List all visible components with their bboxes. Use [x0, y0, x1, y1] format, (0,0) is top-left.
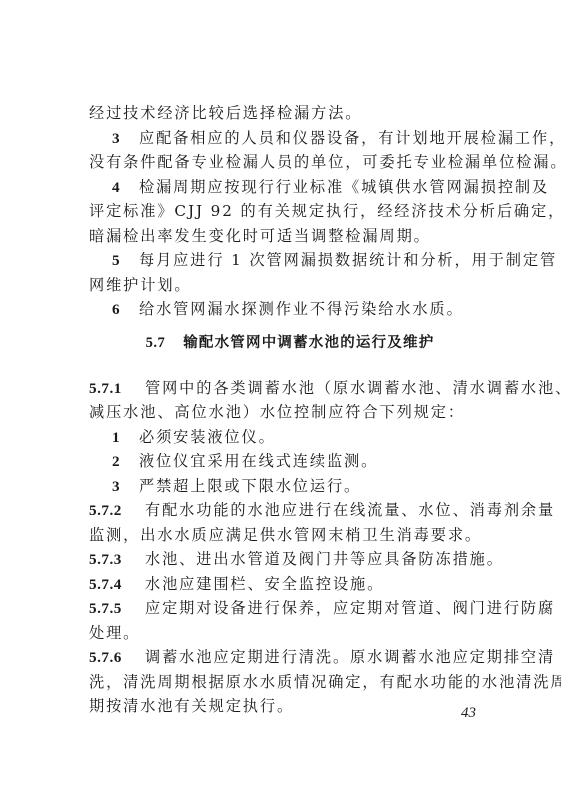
- clause-5-7-4: 5.7.4水池应建围栏、安全监控设施。: [89, 572, 491, 597]
- line-text: 严禁超上限或下限水位运行。: [139, 477, 361, 495]
- line-text: 期按清水池有关规定执行。: [89, 697, 294, 715]
- clause-number: 5.7.1: [89, 377, 145, 402]
- line-text: 水池应建围栏、安全监控设施。: [145, 575, 384, 593]
- list-item-5: 5每月应进行 1 次管网漏损数据统计和分析，用于制定管: [89, 248, 491, 273]
- line-text: 处理。: [89, 624, 140, 642]
- line-text: 应配备相应的人员和仪器设备，有计划地开展检漏工作，: [139, 129, 561, 147]
- clause-5-7-1: 5.7.1管网中的各类调蓄水池（原水调蓄水池、清水调蓄水池、: [89, 376, 491, 401]
- line-text: 液位仪宜采用在线式连续监测。: [139, 452, 378, 470]
- paragraph-line: 处理。: [89, 621, 491, 646]
- list-item-3: 3应配备相应的人员和仪器设备，有计划地开展检漏工作，: [89, 126, 491, 151]
- document-page: 经过技术经济比较后选择检漏方法。 3应配备相应的人员和仪器设备，有计划地开展检漏…: [89, 101, 491, 719]
- list-item-6: 6给水管网漏水探测作业不得污染给水水质。: [89, 297, 491, 322]
- clause-number: 5.7.5: [89, 597, 145, 622]
- paragraph-line: 期按清水池有关规定执行。: [89, 694, 491, 719]
- line-text: 每月应进行 1 次管网漏损数据统计和分析，用于制定管: [139, 251, 557, 269]
- paragraph-line: 洗，清洗周期根据原水水质情况确定，有配水功能的水池清洗周: [89, 670, 491, 695]
- line-text: 检漏周期应按现行行业标准《城镇供水管网漏损控制及: [139, 178, 549, 196]
- clause-number: 5.7.2: [89, 499, 145, 524]
- line-text: 调蓄水池应定期进行清洗。原水调蓄水池应定期排空清: [145, 648, 555, 666]
- paragraph-line: 监测，出水水质应满足供水管网末梢卫生消毒要求。: [89, 523, 491, 548]
- list-item-1: 1必须安装液位仪。: [89, 425, 491, 450]
- section-heading: 5.7输配水管网中调蓄水池的运行及维护: [89, 322, 491, 376]
- paragraph-line: 减压水池、高位水池）水位控制应符合下列规定：: [89, 400, 491, 425]
- line-text: 有配水功能的水池应进行在线流量、水位、消毒剂余量: [145, 501, 555, 519]
- line-text: 必须安装液位仪。: [139, 428, 276, 446]
- list-item-3: 3严禁超上限或下限水位运行。: [89, 474, 491, 499]
- clause-number: 5.7.4: [89, 573, 145, 598]
- item-number: 1: [112, 426, 139, 451]
- line-text: 没有条件配备专业检漏人员的单位，可委托专业检漏单位检漏。: [89, 153, 561, 171]
- item-number: 2: [112, 450, 139, 475]
- paragraph-line: 暗漏检出率发生变化时可适当调整检漏周期。: [89, 224, 491, 249]
- line-text: 减压水池、高位水池）水位控制应符合下列规定：: [89, 403, 465, 421]
- paragraph-line: 评定标准》CJJ 92 的有关规定执行，经经济技术分析后确定，当: [89, 199, 491, 224]
- line-text: 经过技术经济比较后选择检漏方法。: [89, 104, 362, 122]
- item-number: 5: [112, 249, 139, 274]
- item-number: 6: [112, 298, 139, 323]
- line-text: 水池、进出水管道及阀门井等应具备防冻措施。: [145, 550, 504, 568]
- clause-5-7-6: 5.7.6调蓄水池应定期进行清洗。原水调蓄水池应定期排空清: [89, 645, 491, 670]
- list-item-2: 2液位仪宜采用在线式连续监测。: [89, 449, 491, 474]
- line-text: 给水管网漏水探测作业不得污染给水水质。: [139, 300, 464, 318]
- line-text: 管网中的各类调蓄水池（原水调蓄水池、清水调蓄水池、: [145, 379, 561, 397]
- item-number: 4: [112, 176, 139, 201]
- section-title: 输配水管网中调蓄水池的运行及维护: [183, 335, 434, 351]
- paragraph-line: 没有条件配备专业检漏人员的单位，可委托专业检漏单位检漏。: [89, 150, 491, 175]
- line-text: 洗，清洗周期根据原水水质情况确定，有配水功能的水池清洗周: [89, 673, 561, 691]
- list-item-4: 4检漏周期应按现行行业标准《城镇供水管网漏损控制及: [89, 175, 491, 200]
- clause-number: 5.7.3: [89, 548, 145, 573]
- line-text: 应定期对设备进行保养，应定期对管道、阀门进行防腐: [145, 599, 555, 617]
- page-number: 43: [461, 705, 476, 722]
- clause-5-7-2: 5.7.2有配水功能的水池应进行在线流量、水位、消毒剂余量: [89, 498, 491, 523]
- line-text: 监测，出水水质应满足供水管网末梢卫生消毒要求。: [89, 526, 482, 544]
- item-number: 3: [112, 475, 139, 500]
- line-text: 网维护计划。: [89, 276, 192, 294]
- item-number: 3: [112, 127, 139, 152]
- clause-5-7-5: 5.7.5应定期对设备进行保养，应定期对管道、阀门进行防腐: [89, 596, 491, 621]
- paragraph-line: 网维护计划。: [89, 273, 491, 298]
- section-number: 5.7: [146, 335, 166, 351]
- line-text: 暗漏检出率发生变化时可适当调整检漏周期。: [89, 227, 431, 245]
- clause-number: 5.7.6: [89, 646, 145, 671]
- clause-5-7-3: 5.7.3水池、进出水管道及阀门井等应具备防冻措施。: [89, 547, 491, 572]
- line-text: 评定标准》CJJ 92 的有关规定执行，经经济技术分析后确定，当: [89, 202, 561, 220]
- paragraph-line: 经过技术经济比较后选择检漏方法。: [89, 101, 491, 126]
